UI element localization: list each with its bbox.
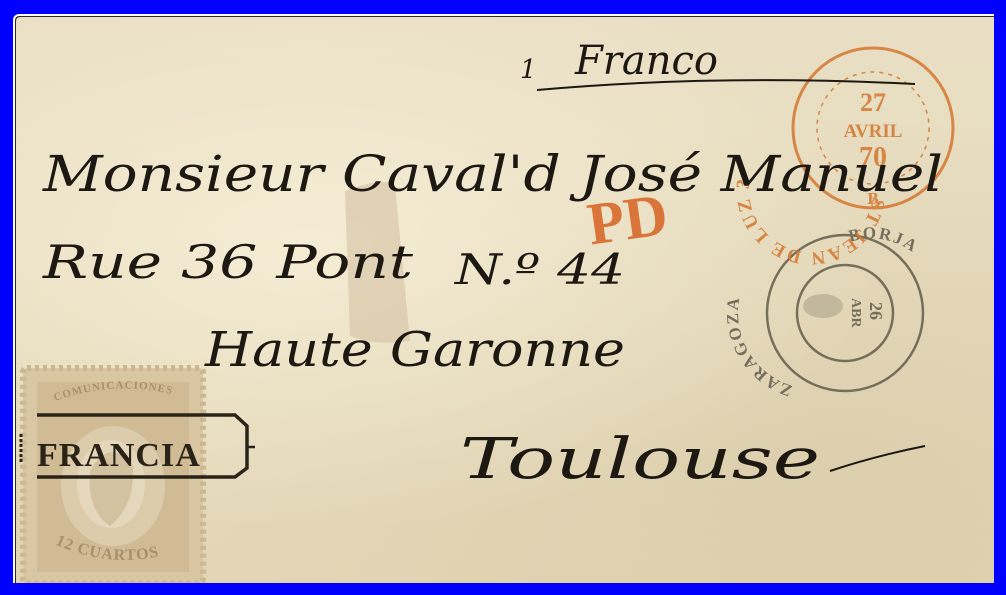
street-address: Rue 36 Pont (42, 235, 414, 289)
postmark-month: AVRIL (844, 121, 903, 142)
cds-origin-text: ZARAGOZA (723, 295, 795, 401)
cds-month-text: ABR (848, 298, 863, 328)
svg-text:ZARAGOZA: ZARAGOZA (723, 295, 795, 401)
street-number: N.º 44 (454, 245, 625, 294)
francia-text: FRANCIA (37, 437, 201, 474)
city-text: Toulouse (460, 427, 820, 492)
franco-prefix: 1 (520, 55, 537, 85)
franco-text: Franco (574, 38, 718, 84)
addressee-name: Monsieur Caval'd José Manuel (42, 145, 943, 203)
department-text: Haute Garonne (204, 322, 625, 378)
cover-artwork: COMUNICACIONES 12 CUARTOS FRANCIA ZARAGO… (15, 16, 994, 583)
cds-day-text: 26 (866, 302, 886, 320)
envelope-cover: COMUNICACIONES 12 CUARTOS FRANCIA ZARAGO… (13, 14, 994, 583)
postmark-day: 27 (860, 88, 886, 117)
